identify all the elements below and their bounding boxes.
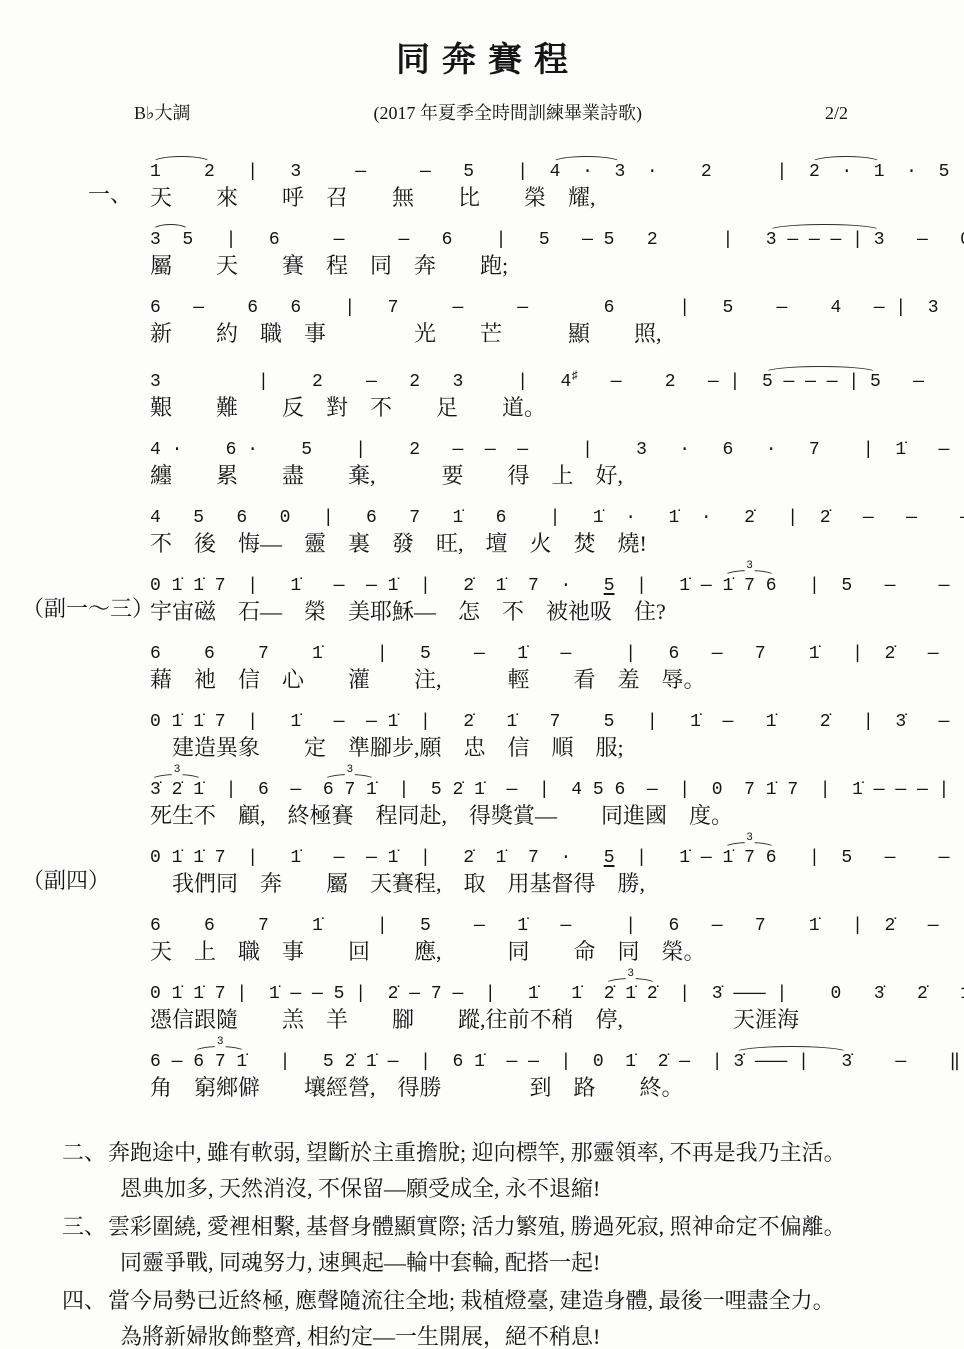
lyrics-row: 天 上 職 事 回 應, 同 命 同 榮。	[150, 938, 964, 965]
verse-number: 四、	[62, 1288, 106, 1313]
notation-row: 6 6 7 1̇ | 5 — 1̇ — | 6 — 7 1̇ | 2̇ — — …	[150, 905, 964, 936]
notation-row: 4 · 6 · 5 | 2 — — — | 3 · 6 · 7 | 1̇ — —…	[150, 429, 964, 460]
music-line: 0 1̇ 1̇ 7 | 1̇ — — 1̇ | 2̇ 1̇ 7 · 5 | 1̇…	[0, 565, 964, 625]
notation-segment: 0 1̇ 1̇ 7 | 1̇ — — 5 | 2̇ — 7 — | 1̇ 1̇	[150, 985, 604, 1004]
verse-line: 二、奔跑途中, 雖有軟弱, 望斷於主重擔脫; 迎向標竿, 那靈領率, 不再是我乃…	[62, 1135, 924, 1171]
music-notation-area: 1 2 | 3 — — 5 | 4 · 3 · 2 | 2 · 1 · 5 | …	[0, 151, 964, 1101]
notation-segment: 6 6 7 1̇ | 5 — 1̇ — | 6 — 7 1̇ | 2̇ — — …	[150, 645, 964, 664]
notation-segment: 4 · 6 · 5 | 2 — — — | 3 · 6 · 7 | 1̇ — —…	[150, 441, 964, 460]
lyrics-text: 新 約 職 事 光 芒 顯 照,	[150, 321, 662, 346]
verse-number: 二、	[62, 1140, 106, 1165]
lyrics-row: （副一～三）宇宙磁 石— 榮 美耶穌— 怎 不 被祂吸 住?	[150, 598, 964, 625]
lyrics-row: （副四） 我們同 奔 屬 天賽程, 取 用基督得 勝,	[150, 870, 964, 897]
notation-segment: | 5 — — — |	[777, 577, 964, 596]
notation-segment: 6 6 7 1̇ | 5 — 1̇ — | 6 — 7 1̇ | 2̇ — — …	[150, 917, 964, 936]
notation-segment: 4 5 6 0 | 6 7 1̇ 6 | 1̇ · 1̇ · 2̇ | 2̇ —…	[150, 509, 964, 528]
verse: 四、當今局勢已近終極, 應聲隨流往全地; 栽植燈臺, 建造身體, 最後一哩盡全力…	[62, 1283, 924, 1349]
verse-line: 恩典加多, 天然消沒, 不保留—願受成全, 永不退縮!	[120, 1171, 924, 1207]
verse-text: 雲彩圍繞, 愛裡相繫, 基督身體顯實際; 活力繁殖, 勝過死寂, 照神命定不偏離…	[108, 1214, 846, 1239]
notation-row: 3̇ 2̇ 1̇ | 6 — 6 7 1̇ | 5 2̇ 1̇ — | 4 5 …	[150, 769, 964, 800]
triplet-group: 6 7 1̇	[193, 1053, 247, 1072]
notation-segment: | 5 2̇ 1̇ — | 6 1̇ — — | 0 1̇ 2̇ — |	[247, 1053, 733, 1072]
music-line: 0 1̇ 1̇ 7 | 1̇ — — 5 | 2̇ — 7 — | 1̇ 1̇ …	[0, 973, 964, 1033]
verse-text: 當今局勢已近終極, 應聲隨流往全地; 栽植燈臺, 建造身體, 最後一哩盡全力。	[108, 1288, 835, 1313]
stanza-label: （副一～三）	[22, 595, 154, 622]
music-line: 6 6 7 1̇ | 5 — 1̇ — | 6 — 7 1̇ | 2̇ — — …	[0, 905, 964, 965]
notation-row: 0 1̇ 1̇ 7 | 1̇ — — 1̇ | 2̇ 1̇ 7 · 5 | 1̇…	[150, 565, 964, 596]
lyrics-row: 死生不 顧, 終極賽 程同赴, 得獎賞— 同進國 度。	[150, 802, 964, 829]
verse: 二、奔跑途中, 雖有軟弱, 望斷於主重擔脫; 迎向標竿, 那靈領率, 不再是我乃…	[62, 1135, 924, 1207]
triplet-group: 2̇ 1̇ 2̇	[604, 985, 658, 1004]
sheet-music-page: 同奔賽程 B♭大調 (2017 年夏季全時間訓練畢業詩歌) 2/2 1 2 | …	[0, 0, 964, 1349]
notation-segment: | 6 —	[204, 781, 323, 800]
lyrics-text: 憑信跟隨 羔 羊 腳 蹤,往前不稍 停, 天涯海	[150, 1007, 799, 1032]
music-line: 3 | 2 — 2 3 | 4♯ — 2 — | 5 — — — | 5 — 0…	[0, 355, 964, 421]
slur-group: 2 · 1	[809, 163, 885, 182]
music-line: 3̇ 2̇ 1̇ | 6 — 6 7 1̇ | 5 2̇ 1̇ — | 4 5 …	[0, 769, 964, 829]
music-line: 4 5 6 0 | 6 7 1̇ 6 | 1̇ · 1̇ · 2̇ | 2̇ —…	[0, 497, 964, 557]
notation-segment: · 5 | 3 —	[885, 163, 964, 182]
lyrics-text: 不 後 悔— 靈 裏 發 旺, 壇 火 焚 燒!	[150, 531, 647, 556]
lyrics-text: 我們同 奔 屬 天賽程, 取 用基督得 勝,	[150, 871, 645, 896]
music-line: 6 — 6 6 | 7 — — 6 | 5 — 4 — | 3 — —新 約 職…	[0, 287, 964, 347]
lyrics-text: 角 窮鄉僻 壤經營, 得勝 到 路 終。	[150, 1075, 684, 1100]
triplet-group: 3̇ 2̇ 1̇	[150, 781, 204, 800]
lyrics-row: 憑信跟隨 羔 羊 腳 蹤,往前不稍 停, 天涯海	[150, 1006, 964, 1033]
slur-group: 3 5	[150, 231, 193, 250]
stanza-label: 一、	[88, 181, 132, 208]
lyrics-row: 纏 累 盡 棄, 要 得 上 好,	[150, 462, 964, 489]
verse-line: 為將新婦妝飾整齊, 相約定—一生開展，絕不稍息!	[120, 1319, 924, 1349]
song-title: 同奔賽程	[0, 32, 964, 81]
notation-segment: 0 1̇ 1̇ 7 | 1̇ — — 1̇ | 2̇ 1̇ 7 ·	[150, 849, 604, 868]
notation-segment: · 2 |	[625, 163, 809, 182]
notation-segment: 5	[604, 849, 615, 868]
lyrics-text: 天 上 職 事 回 應, 同 命 同 榮。	[150, 939, 706, 964]
notation-row: 6 — 6 6 | 7 — — 6 | 5 — 4 — | 3 — —	[150, 287, 964, 318]
notation-row: 3 | 2 — 2 3 | 4♯ — 2 — | 5 — — — | 5 — 0…	[150, 355, 964, 392]
lyrics-text: 宇宙磁 石— 榮 美耶穌— 怎 不 被祂吸 住?	[150, 599, 666, 624]
verse-line: 四、當今局勢已近終極, 應聲隨流往全地; 栽植燈臺, 建造身體, 最後一哩盡全力…	[62, 1283, 924, 1319]
slur-group: 3̇ ——— | 3̇	[733, 1053, 852, 1072]
notation-segment: | 1̇ —	[615, 577, 723, 596]
music-line: 0 1̇ 1̇ 7 | 1̇ — — 1̇ | 2̇ 1̇ 7 5 | 1̇ —…	[0, 701, 964, 761]
notation-segment: — 0 0 |	[881, 373, 964, 392]
lyrics-row: 一、天 來 呼 召 無 比 榮 耀,	[150, 184, 964, 211]
music-line: 0 1̇ 1̇ 7 | 1̇ — — 1̇ | 2̇ 1̇ 7 · 5 | 1̇…	[0, 837, 964, 897]
notation-segment: | 5 — — — |	[777, 849, 964, 868]
verse-text: 奔跑途中, 雖有軟弱, 望斷於主重擔脫; 迎向標竿, 那靈領率, 不再是我乃主活…	[108, 1140, 846, 1165]
lyrics-text: 艱 難 反 對 不 足 道。	[150, 395, 546, 420]
lyrics-row: 屬 天 賽 程 同 奔 跑;	[150, 252, 964, 279]
verses-area: 二、奔跑途中, 雖有軟弱, 望斷於主重擔脫; 迎向標竿, 那靈領率, 不再是我乃…	[62, 1135, 924, 1349]
stanza-label: （副四）	[22, 867, 110, 894]
triplet-group: 1̇ 7 6	[723, 849, 777, 868]
music-line: 3 5 | 6 — — 6 | 5 — 5 2 | 3 — — — | 3 — …	[0, 219, 964, 279]
notation-segment: 5	[604, 577, 615, 596]
verse-line: 同靈爭戰, 同魂努力, 速興起—輪中套輪, 配搭一起!	[120, 1245, 924, 1281]
slur-group: 1 2	[150, 163, 215, 182]
verse: 三、雲彩圍繞, 愛裡相繫, 基督身體顯實際; 活力繁殖, 勝過死寂, 照神命定不…	[62, 1209, 924, 1281]
notation-segment: | 5 2̇ 1̇ — | 4 5 6 — | 0 7 1̇ 7 | 1̇ — …	[377, 781, 964, 800]
lyrics-row: 藉 祂 信 心 灌 注, 輕 看 羞 辱。	[150, 666, 964, 693]
notation-row: 1 2 | 3 — — 5 | 4 · 3 · 2 | 2 · 1 · 5 | …	[150, 151, 964, 182]
music-line: 6 6 7 1̇ | 5 — 1̇ — | 6 — 7 1̇ | 2̇ — — …	[0, 633, 964, 693]
lyrics-text: 藉 祂 信 心 灌 注, 輕 看 羞 辱。	[150, 667, 706, 692]
triplet-group: 1̇ 7 6	[723, 577, 777, 596]
notation-segment: 0 1̇ 1̇ 7 | 1̇ — — 1̇ | 2̇ 1̇ 7 5 | 1̇ —…	[150, 713, 949, 732]
page-number: 2/2	[825, 103, 848, 124]
slur-group: 4 · 3	[550, 163, 626, 182]
notation-row: 4 5 6 0 | 6 7 1̇ 6 | 1̇ · 1̇ · 2̇ | 2̇ —…	[150, 497, 964, 528]
notation-segment: | 1̇ —	[615, 849, 723, 868]
lyrics-text: 屬 天 賽 程 同 奔 跑;	[150, 253, 508, 278]
notation-segment: — 2 — |	[578, 373, 762, 392]
notation-segment: 6 —	[150, 1053, 193, 1072]
notation-segment: 3 | 2 — 2 3 | 4	[150, 373, 571, 392]
lyrics-row: 新 約 職 事 光 芒 顯 照,	[150, 320, 964, 347]
notation-segment: | 3 — — 5 |	[215, 163, 550, 182]
song-subtitle: (2017 年夏季全時間訓練畢業詩歌)	[373, 99, 642, 125]
key-signature: B♭大調	[134, 99, 191, 125]
verse-line: 三、雲彩圍繞, 愛裡相繫, 基督身體顯實際; 活力繁殖, 勝過死寂, 照神命定不…	[62, 1209, 924, 1245]
music-line: 4 · 6 · 5 | 2 — — — | 3 · 6 · 7 | 1̇ — —…	[0, 429, 964, 489]
lyrics-row: 建造異象 定 準腳步,願 忠 信 順 服;	[150, 734, 964, 761]
notation-segment: | 3̇ ——— | 0 3̇ 2̇ 1̇ |	[658, 985, 964, 1004]
lyrics-row: 艱 難 反 對 不 足 道。	[150, 394, 964, 421]
slur-group: 5 — — — | 5	[762, 373, 881, 392]
notation-segment: — 0 0 |	[885, 231, 964, 250]
notation-row: 6 6 7 1̇ | 5 — 1̇ — | 6 — 7 1̇ | 2̇ — — …	[150, 633, 964, 664]
lyrics-text: 纏 累 盡 棄, 要 得 上 好,	[150, 463, 623, 488]
slur-group: 3 — — — | 3	[766, 231, 885, 250]
lyrics-text: 建造異象 定 準腳步,願 忠 信 順 服;	[150, 735, 624, 760]
triplet-group: 6 7 1̇	[323, 781, 377, 800]
notation-segment: ♯	[571, 367, 578, 386]
notation-row: 6 — 6 7 1̇ | 5 2̇ 1̇ — | 6 1̇ — — | 0 1̇…	[150, 1041, 964, 1072]
lyrics-text: 天 來 呼 召 無 比 榮 耀,	[150, 185, 596, 210]
notation-segment: 0 1̇ 1̇ 7 | 1̇ — — 1̇ | 2̇ 1̇ 7 ·	[150, 577, 604, 596]
notation-segment: | 6 — — 6 | 5 — 5 2 |	[193, 231, 766, 250]
lyrics-text: 死生不 顧, 終極賽 程同赴, 得獎賞— 同進國 度。	[150, 803, 733, 828]
lyrics-row: 不 後 悔— 靈 裏 發 旺, 壇 火 焚 燒!	[150, 530, 964, 557]
notation-row: 0 1̇ 1̇ 7 | 1̇ — — 5 | 2̇ — 7 — | 1̇ 1̇ …	[150, 973, 964, 1004]
lyrics-row: 角 窮鄉僻 壤經營, 得勝 到 路 終。	[150, 1074, 964, 1101]
music-line: 1 2 | 3 — — 5 | 4 · 3 · 2 | 2 · 1 · 5 | …	[0, 151, 964, 211]
notation-segment: 6 — 6 6 | 7 — — 6 | 5 — 4 — | 3 — —	[150, 299, 964, 318]
verse-number: 三、	[62, 1214, 106, 1239]
notation-row: 0 1̇ 1̇ 7 | 1̇ — — 1̇ | 2̇ 1̇ 7 · 5 | 1̇…	[150, 837, 964, 868]
song-meta: B♭大調 (2017 年夏季全時間訓練畢業詩歌) 2/2	[134, 99, 848, 125]
notation-row: 0 1̇ 1̇ 7 | 1̇ — — 1̇ | 2̇ 1̇ 7 5 | 1̇ —…	[150, 701, 964, 732]
notation-row: 3 5 | 6 — — 6 | 5 — 5 2 | 3 — — — | 3 — …	[150, 219, 964, 250]
notation-segment: — ‖	[852, 1053, 960, 1072]
music-line: 6 — 6 7 1̇ | 5 2̇ 1̇ — | 6 1̇ — — | 0 1̇…	[0, 1041, 964, 1101]
